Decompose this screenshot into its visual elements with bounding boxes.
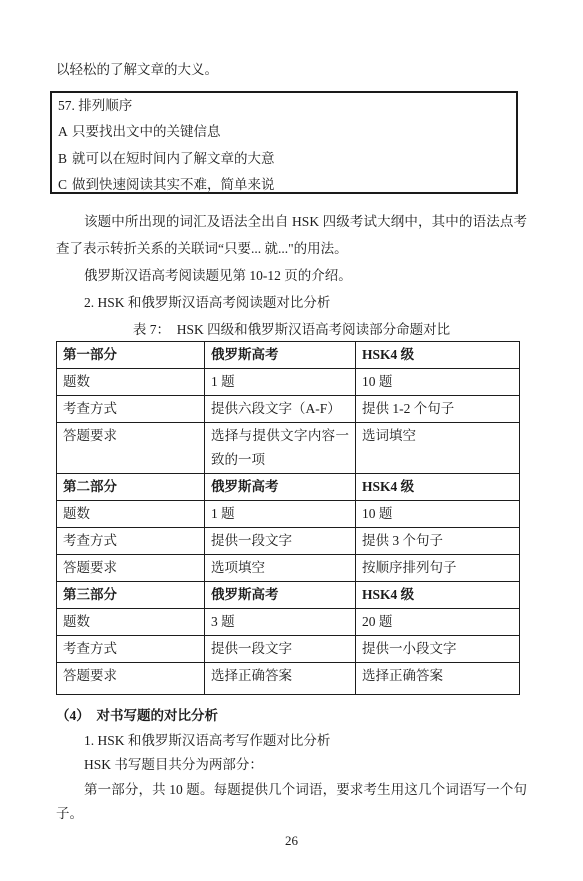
- table-caption: 表 7： HSK 四级和俄罗斯汉语高考阅读部分命题对比: [56, 316, 527, 343]
- table-section-2-header-row: 第二部分 俄罗斯高考 HSK4 级: [57, 474, 520, 501]
- table-section-header-cell: HSK4 级: [356, 474, 520, 501]
- table-row: 考查方式 提供一段文字 提供一小段文字: [57, 636, 520, 663]
- table-cell: 3 题: [205, 609, 356, 636]
- table-section-header-cell: 俄罗斯高考: [205, 474, 356, 501]
- table-cell: 提供一段文字: [205, 636, 356, 663]
- writing-section: （4） 对书写题的对比分析 1. HSK 和俄罗斯汉语高考写作题对比分析 HSK…: [56, 704, 527, 827]
- table-cell: 选择与提供文字内容一致的一项: [205, 423, 356, 474]
- table-cell: 1 题: [205, 501, 356, 528]
- table-row: 答题要求 选择正确答案 选择正确答案: [57, 663, 520, 695]
- comparison-table: 第一部分 俄罗斯高考 HSK4 级 题数 1 题 10 题 考查方式 提供六段文…: [56, 341, 520, 695]
- table-section-header-cell: HSK4 级: [356, 582, 520, 609]
- table-cell: 10 题: [356, 501, 520, 528]
- table-cell: 提供一小段文字: [356, 636, 520, 663]
- table-cell: 选词填空: [356, 423, 520, 474]
- table-cell: 20 题: [356, 609, 520, 636]
- question-option-b: B就可以在短时间内了解文章的大意: [58, 146, 516, 172]
- table-cell: 选择正确答案: [356, 663, 520, 695]
- table-cell: 提供六段文字（A-F）: [205, 396, 356, 423]
- table-section-header-cell: 俄罗斯高考: [205, 582, 356, 609]
- writing-section-heading: （4） 对书写题的对比分析: [56, 704, 527, 729]
- table-row: 考查方式 提供六段文字（A-F） 提供 1-2 个句子: [57, 396, 520, 423]
- table-cell: 答题要求: [57, 663, 205, 695]
- analysis-line-2: 查了表示转折关系的关联词“只要... 就..."的用法。: [56, 235, 527, 262]
- question-box-title: 57. 排列顺序: [58, 93, 516, 119]
- table-row: 题数 1 题 10 题: [57, 501, 520, 528]
- table-row: 答题要求 选择与提供文字内容一致的一项 选词填空: [57, 423, 520, 474]
- option-c-text: 做到快速阅读其实不难，简单来说: [72, 177, 275, 192]
- analysis-paragraph: 该题中所出现的词汇及语法全出自 HSK 四级考试大纲中，其中的语法点考 查了表示…: [56, 208, 527, 316]
- question-option-c: C做到快速阅读其实不难，简单来说: [58, 172, 516, 198]
- table-cell: 选项填空: [205, 555, 356, 582]
- table-cell: 题数: [57, 501, 205, 528]
- analysis-line-4: 2. HSK 和俄罗斯汉语高考阅读题对比分析: [56, 289, 527, 316]
- writing-line-4: 子。: [56, 802, 527, 827]
- option-a-label: A: [58, 119, 72, 145]
- question-box: 57. 排列顺序 A只要找出文中的关键信息 B就可以在短时间内了解文章的大意 C…: [50, 91, 518, 194]
- writing-line-3: 第一部分，共 10 题。每题提供几个词语，要求考生用这几个词语写一个句: [56, 778, 527, 803]
- writing-line-1: 1. HSK 和俄罗斯汉语高考写作题对比分析: [56, 729, 527, 754]
- table-row: 题数 3 题 20 题: [57, 609, 520, 636]
- table-cell: 1 题: [205, 369, 356, 396]
- table-section-1-header-row: 第一部分 俄罗斯高考 HSK4 级: [57, 342, 520, 369]
- option-b-text: 就可以在短时间内了解文章的大意: [72, 151, 275, 166]
- table-cell: 答题要求: [57, 555, 205, 582]
- table-cell: 按顺序排列句子: [356, 555, 520, 582]
- table-section-header-cell: HSK4 级: [356, 342, 520, 369]
- table-cell: 答题要求: [57, 423, 205, 474]
- table-cell: 提供 1-2 个句子: [356, 396, 520, 423]
- option-b-label: B: [58, 146, 72, 172]
- table-cell: 提供 3 个句子: [356, 528, 520, 555]
- page-number: 26: [0, 831, 583, 851]
- table-section-header-cell: 俄罗斯高考: [205, 342, 356, 369]
- table-cell: 题数: [57, 609, 205, 636]
- table-section-header-cell: 第二部分: [57, 474, 205, 501]
- table-cell: 选择正确答案: [205, 663, 356, 695]
- continuation-line: 以轻松的了解文章的大义。: [56, 56, 527, 83]
- table-row: 题数 1 题 10 题: [57, 369, 520, 396]
- table-row: 考查方式 提供一段文字 提供 3 个句子: [57, 528, 520, 555]
- table-cell: 考查方式: [57, 528, 205, 555]
- table-cell: 考查方式: [57, 396, 205, 423]
- writing-line-2: HSK 书写题目共分为两部分：: [56, 753, 527, 778]
- option-c-label: C: [58, 172, 72, 198]
- table-cell: 题数: [57, 369, 205, 396]
- table-section-header-cell: 第三部分: [57, 582, 205, 609]
- question-option-a: A只要找出文中的关键信息: [58, 119, 516, 145]
- table-cell: 考查方式: [57, 636, 205, 663]
- table-section-3-header-row: 第三部分 俄罗斯高考 HSK4 级: [57, 582, 520, 609]
- analysis-line-1: 该题中所出现的词汇及语法全出自 HSK 四级考试大纲中，其中的语法点考: [56, 208, 527, 235]
- analysis-line-3: 俄罗斯汉语高考阅读题见第 10-12 页的介绍。: [56, 262, 527, 289]
- table-cell: 10 题: [356, 369, 520, 396]
- option-a-text: 只要找出文中的关键信息: [72, 124, 221, 139]
- table-cell: 提供一段文字: [205, 528, 356, 555]
- table-section-header-cell: 第一部分: [57, 342, 205, 369]
- table-row: 答题要求 选项填空 按顺序排列句子: [57, 555, 520, 582]
- document-page: 以轻松的了解文章的大义。 57. 排列顺序 A只要找出文中的关键信息 B就可以在…: [0, 0, 583, 881]
